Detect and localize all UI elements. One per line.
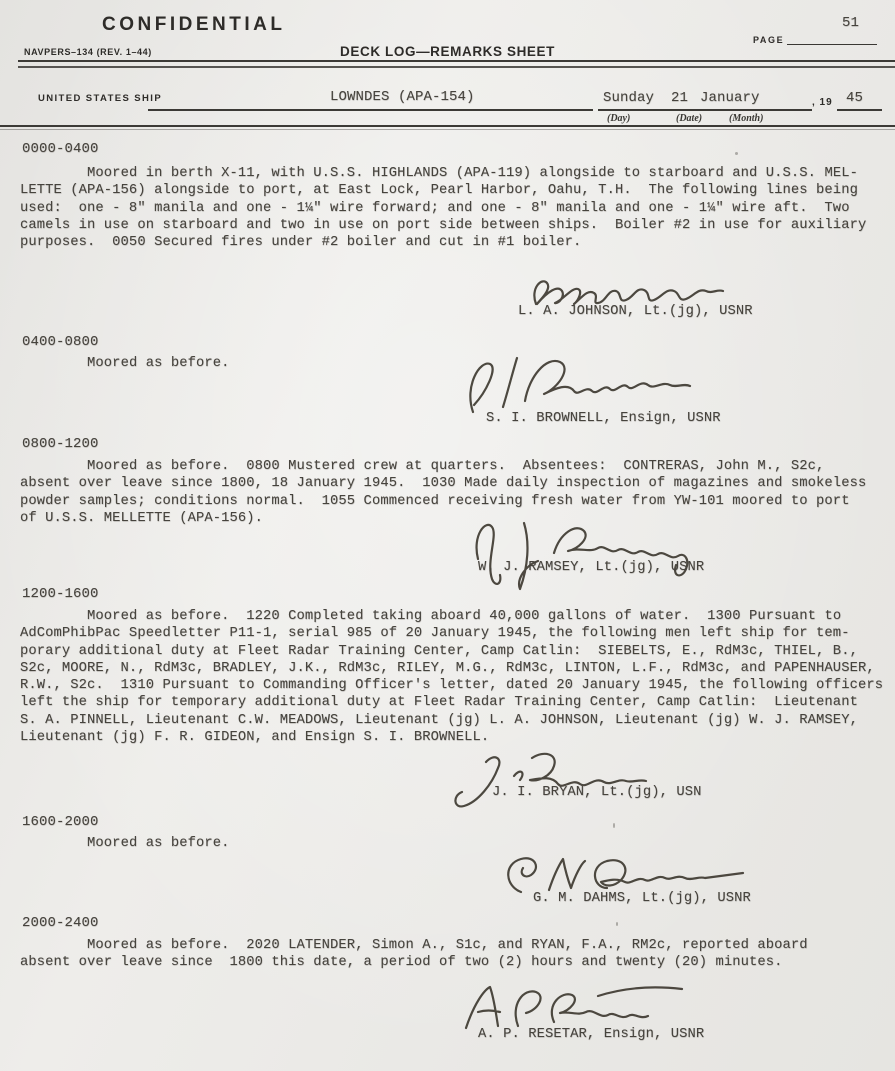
year-value: 45 [846, 90, 863, 107]
year-prefix: , 19 [812, 97, 833, 108]
entry-0000-0400-text: Moored in berth X-11, with U.S.S. HIGHLA… [20, 165, 886, 251]
entry-1200-1600-heading: 1200-1600 [22, 586, 99, 603]
header-bottom-rule [0, 125, 895, 127]
signature-scribble-ramsey [462, 515, 702, 593]
entry-2000-2400-heading: 2000-2400 [22, 915, 99, 932]
scan-speck [616, 922, 618, 926]
date-underline [598, 109, 812, 111]
scan-speck [735, 152, 738, 155]
entry-0800-1200-text: Moored as before. 0800 Mustered crew at … [20, 458, 886, 527]
classification-stamp: CONFIDENTIAL [102, 14, 285, 36]
entry-0400-0800-text: Moored as before. [20, 355, 886, 372]
year-underline [837, 109, 882, 111]
document-title: DECK LOG—REMARKS SHEET [0, 44, 895, 59]
signature-name-bryan: J. I. BRYAN, Lt.(jg), USN [492, 784, 702, 801]
signature-name-resetar: A. P. RESETAR, Ensign, USNR [478, 1026, 704, 1043]
date-caption: (Date) [676, 113, 702, 124]
entry-1600-2000-text: Moored as before. [20, 835, 886, 852]
scan-speck [613, 823, 615, 828]
signature-name-dahms: G. M. DAHMS, Lt.(jg), USNR [533, 890, 751, 907]
header-rule-lower [18, 66, 895, 68]
date-day: Sunday [603, 90, 654, 107]
entry-0000-0400-heading: 0000-0400 [22, 141, 99, 158]
ship-underline [148, 109, 593, 111]
header-bottom-rule-echo [0, 129, 895, 130]
signature-scribble-bryan [450, 748, 655, 813]
month-caption: (Month) [729, 113, 763, 124]
entry-1200-1600-text: Moored as before. 1220 Completed taking … [20, 608, 886, 746]
entry-1600-2000-heading: 1600-2000 [22, 814, 99, 831]
ship-label: UNITED STATES SHIP [38, 93, 162, 104]
date-number: 21 [671, 90, 688, 107]
entry-2000-2400-text: Moored as before. 2020 LATENDER, Simon A… [20, 937, 886, 972]
ship-name: LOWNDES (APA-154) [330, 89, 475, 106]
deck-log-remarks-sheet-page: CONFIDENTIAL 51 PAGE NAVPERS–134 (REV. 1… [0, 0, 895, 1071]
signature-name-brownell: S. I. BROWNELL, Ensign, USNR [486, 410, 721, 427]
page-number: 51 [842, 15, 859, 32]
signature-name-johnson: L. A. JOHNSON, Lt.(jg), USNR [518, 303, 753, 320]
entry-0800-1200-heading: 0800-1200 [22, 436, 99, 453]
day-caption: (Day) [607, 113, 630, 124]
entry-0400-0800-heading: 0400-0800 [22, 334, 99, 351]
signature-name-ramsey: W. J. RAMSEY, Lt.(jg), USNR [478, 559, 704, 576]
header-rule-upper [18, 60, 895, 62]
date-month: January [700, 90, 760, 107]
